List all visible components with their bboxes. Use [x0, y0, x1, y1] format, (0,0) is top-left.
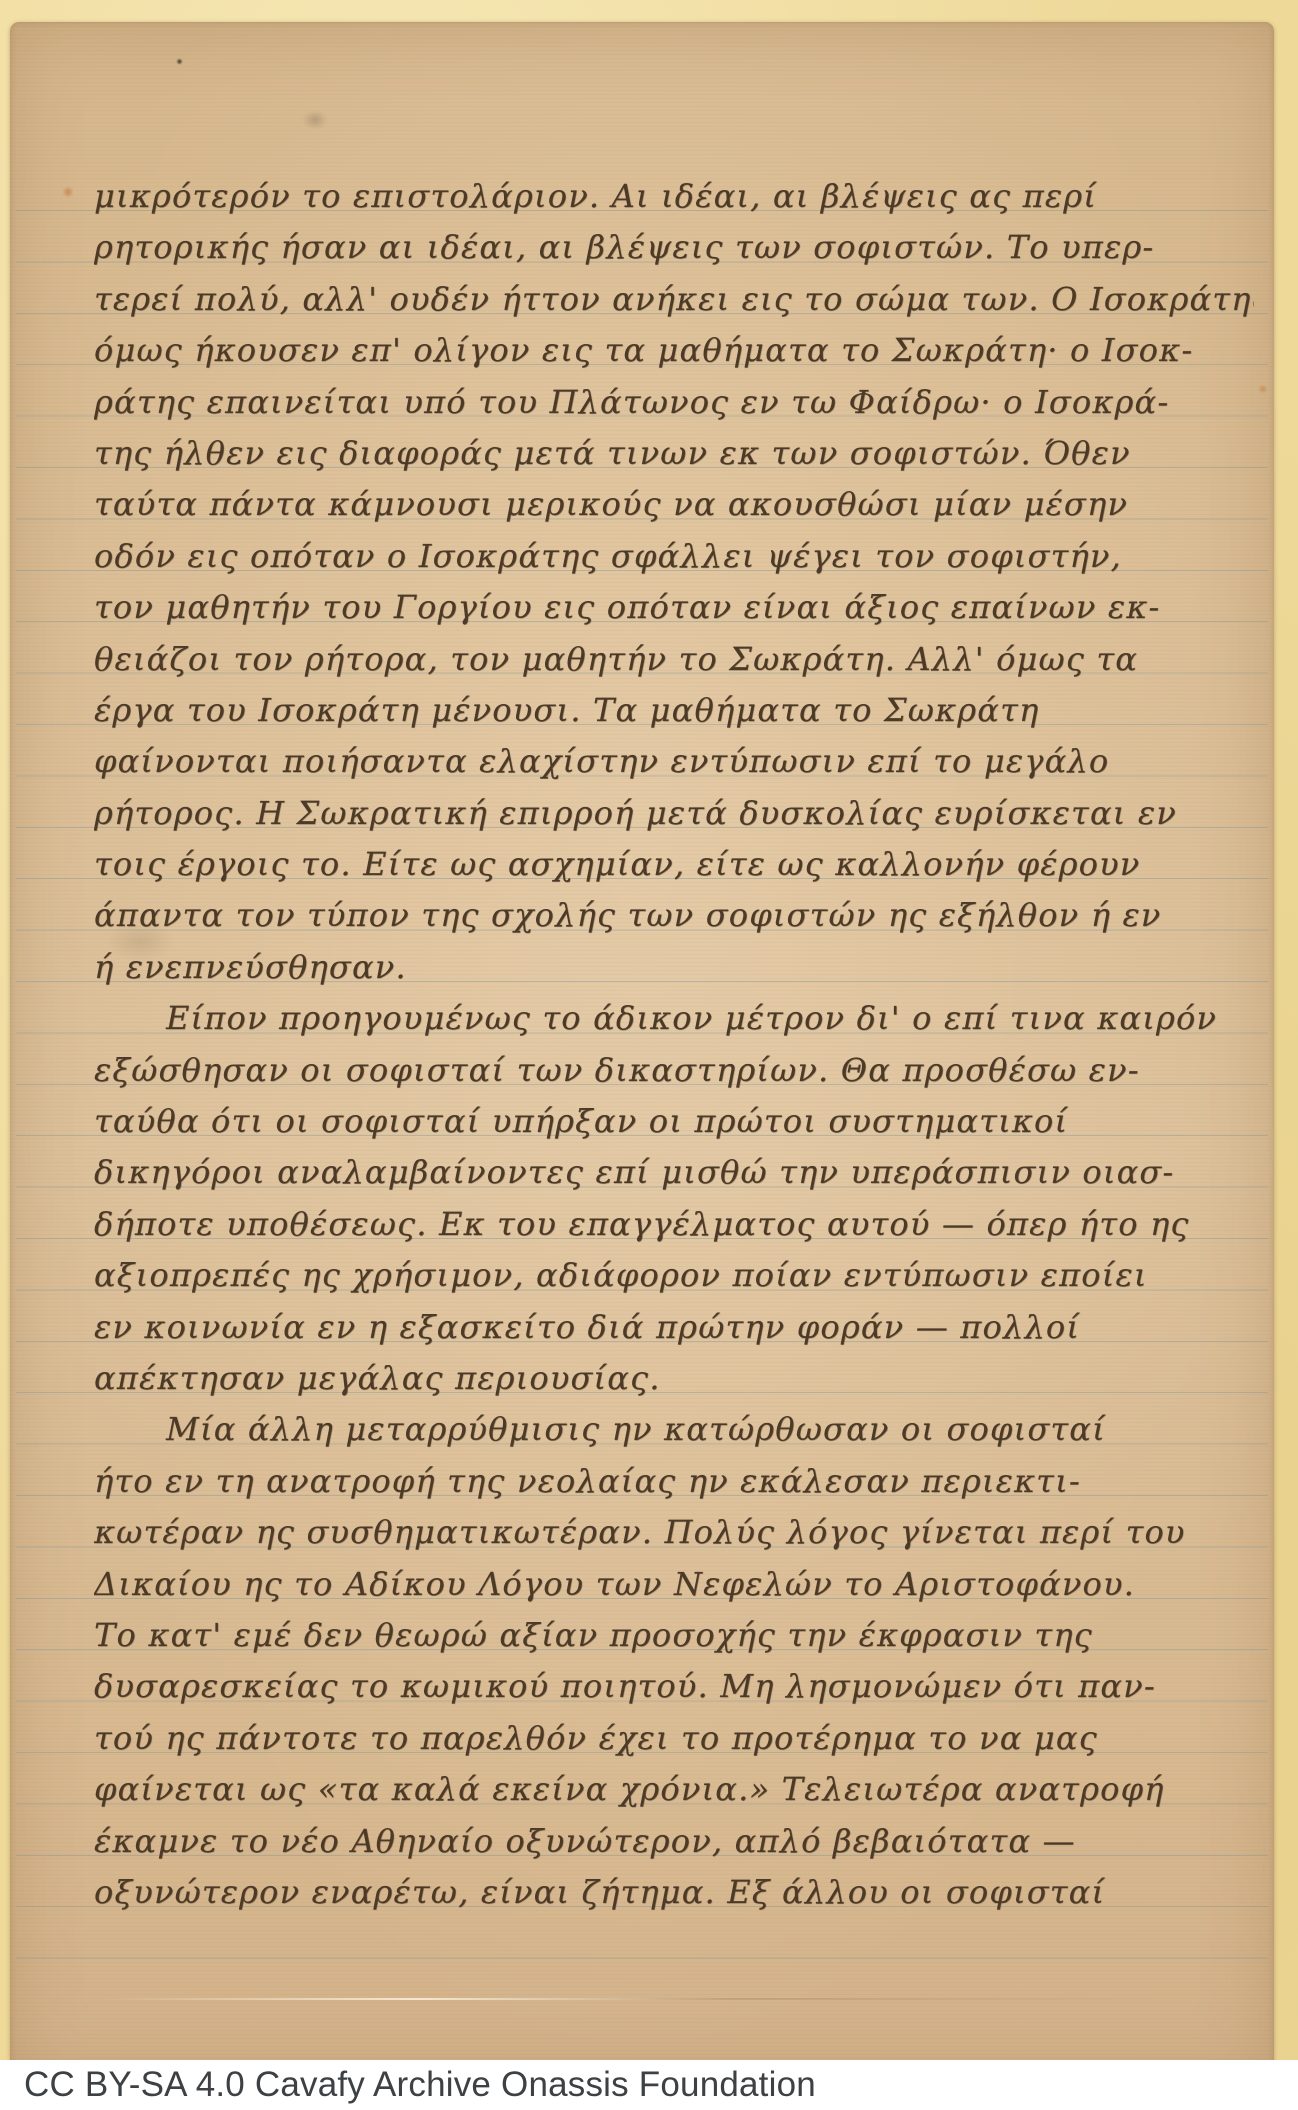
manuscript-line-23: εν κοινωνία εν η εξασκείτο διά πρώτην φο… [94, 1302, 1254, 1353]
manuscript-line-33: έκαμνε το νέο Αθηναίο οξυνώτερον, απλό β… [94, 1816, 1254, 1867]
paper-stain [62, 186, 74, 198]
manuscript-line-12: φαίνονται ποιήσαντα ελαχίστην εντύπωσιν … [94, 736, 1254, 787]
manuscript-line-31: τού ης πάντοτε το παρελθόν έχει το προτέ… [94, 1713, 1254, 1764]
ink-speck [176, 58, 183, 65]
manuscript-line-29: Το κατ' εμέ δεν θεωρώ αξίαν προσοχής την… [94, 1610, 1254, 1661]
paper-stain [1258, 384, 1268, 394]
manuscript-line-32: φαίνεται ως «τα καλά εκείνα χρόνια.» Τελ… [94, 1764, 1254, 1815]
manuscript-line-28: Δικαίου ης το Αδίκου Λόγου των Νεφελών τ… [94, 1559, 1254, 1610]
manuscript-line-11: έργα του Ισοκράτη μένουσι. Τα μαθήματα τ… [94, 685, 1254, 736]
manuscript-line-26: ήτο εν τη ανατροφή της νεολαίας ην εκάλε… [94, 1456, 1254, 1507]
manuscript-line-18: εξώσθησαν οι σοφισταί των δικαστηρίων. Θ… [94, 1045, 1254, 1096]
manuscript-line-9: τον μαθητήν του Γοργίου εις οπόταν είναι… [94, 582, 1254, 633]
manuscript-line-14: τοις έργοις το. Είτε ως ασχημίαν, είτε ω… [94, 839, 1254, 890]
manuscript-line-6: της ήλθεν εις διαφοράς μετά τινων εκ των… [94, 428, 1254, 479]
manuscript-line-20: δικηγόροι αναλαμβαίνοντες επί μισθώ την … [94, 1147, 1254, 1198]
manuscript-line-13: ρήτορος. Η Σωκρατική επιρροή μετά δυσκολ… [94, 788, 1254, 839]
manuscript-line-7: ταύτα πάντα κάμνουσι μερικούς να ακουσθώ… [94, 479, 1254, 530]
manuscript-line-4: όμως ήκουσεν επ' ολίγον εις τα μαθήματα … [94, 325, 1254, 376]
scanned-document: μικρότερόν το επιστολάριον. Αι ιδέαι, αι… [0, 0, 1298, 2110]
manuscript-line-10: θειάζοι τον ρήτορα, τον μαθητήν το Σωκρά… [94, 634, 1254, 685]
manuscript-line-21: δήποτε υποθέσεως. Εκ του επαγγέλματος αυ… [94, 1199, 1254, 1250]
manuscript-line-8: οδόν εις οπόταν ο Ισοκράτης σφάλλει ψέγε… [94, 531, 1254, 582]
manuscript-line-1: μικρότερόν το επιστολάριον. Αι ιδέαι, αι… [94, 171, 1254, 222]
manuscript-line-19: ταύθα ότι οι σοφισταί υπήρξαν οι πρώτοι … [94, 1096, 1254, 1147]
manuscript-line-17: Είπον προηγουμένως το άδικον μέτρον δι' … [94, 993, 1254, 1044]
manuscript-line-25: Μία άλλη μεταρρύθμισις ην κατώρθωσαν οι … [94, 1404, 1254, 1455]
manuscript-line-30: δυσαρεσκείας το κωμικού ποιητού. Μη λησμ… [94, 1661, 1254, 1712]
manuscript-line-24: απέκτησαν μεγάλας περιουσίας. [94, 1353, 1254, 1404]
manuscript-text: μικρότερόν το επιστολάριον. Αι ιδέαι, αι… [94, 171, 1254, 1918]
license-caption: CC BY-SA 4.0 Cavafy Archive Onassis Foun… [0, 2060, 1298, 2109]
manuscript-line-16: ή ενεπνεύσθησαν. [94, 942, 1254, 993]
paper-crease [100, 1998, 1154, 2000]
paper-stain [302, 110, 328, 130]
manuscript-line-2: ρητορικής ήσαν αι ιδέαι, αι βλέψεις των … [94, 222, 1254, 273]
manuscript-line-15: άπαντα τον τύπον της σχολής των σοφιστών… [94, 890, 1254, 941]
manuscript-page: μικρότερόν το επιστολάριον. Αι ιδέαι, αι… [10, 22, 1274, 2087]
manuscript-line-34: οξυνώτερον εναρέτω, είναι ζήτημα. Εξ άλλ… [94, 1867, 1254, 1918]
manuscript-line-27: κωτέραν ης συσθηματικωτέραν. Πολύς λόγος… [94, 1507, 1254, 1558]
manuscript-line-5: ράτης επαινείται υπό του Πλάτωνος εν τω … [94, 377, 1254, 428]
license-caption-bar: CC BY-SA 4.0 Cavafy Archive Onassis Foun… [0, 2060, 1298, 2110]
manuscript-line-22: αξιοπρεπές ης χρήσιμον, αδιάφορον ποίαν … [94, 1250, 1254, 1301]
manuscript-line-3: τερεί πολύ, αλλ' ουδέν ήττον ανήκει εις … [94, 274, 1254, 325]
